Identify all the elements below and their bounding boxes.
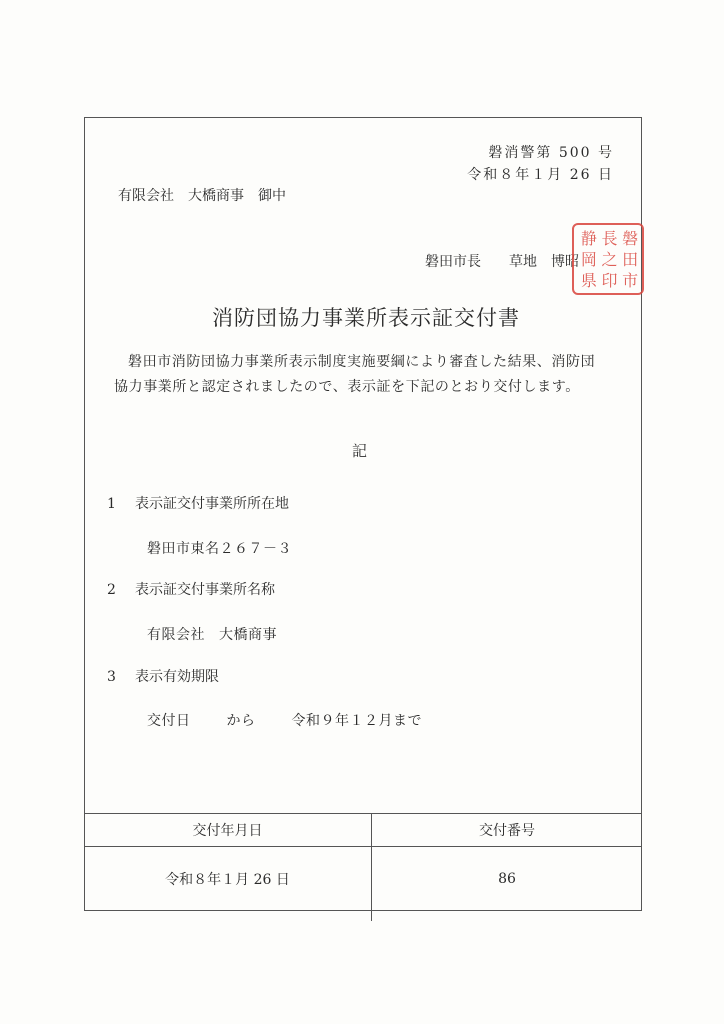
- seal-char: 岡: [577, 249, 598, 270]
- item-1-heading: 1表示証交付事業所所在地: [107, 493, 289, 513]
- item-label: 表示有効期限: [135, 669, 219, 685]
- issuer: 磐田市長草地博昭: [425, 251, 579, 271]
- cell-issue-date: 令和８年１月 26 日: [84, 847, 372, 922]
- header-issue-number: 交付番号: [372, 814, 643, 847]
- seal-char: 印: [598, 269, 619, 290]
- item-label: 表示証交付事業所所在地: [135, 496, 289, 512]
- table-header-row: 交付年月日 交付番号: [84, 814, 642, 847]
- issuer-title: 磐田市長: [425, 254, 481, 270]
- company-type: 有限会社: [147, 627, 205, 643]
- issuer-surname: 草地: [509, 254, 537, 270]
- addressee-company-name: 大橋商事: [188, 188, 244, 204]
- seal-char: 県: [577, 269, 598, 290]
- item-2-value: 有限会社大橋商事: [147, 624, 277, 644]
- document-title: 消防団協力事業所表示証交付書: [0, 302, 724, 332]
- official-seal-icon: 磐 田 市 長 之 印 静 岡 県: [572, 223, 644, 295]
- seal-char: 磐: [618, 228, 639, 249]
- item-number: 1: [107, 496, 135, 512]
- body-paragraph: 磐田市消防団協力事業所表示制度実施要綱により審査した結果、消防団 協力事業所と認…: [114, 350, 614, 400]
- seal-char: 之: [598, 249, 619, 270]
- seal-char: 田: [618, 249, 639, 270]
- addressee: 有限会社大橋商事御中: [118, 185, 300, 205]
- issue-info-table: 交付年月日 交付番号 令和８年１月 26 日 86: [84, 813, 642, 921]
- validity-end: 令和９年１２月まで: [292, 713, 423, 729]
- item-2-heading: 2表示証交付事業所名称: [107, 579, 275, 599]
- item-number: 2: [107, 582, 135, 598]
- validity-from: から: [227, 713, 256, 729]
- item-3-value: 交付日から令和９年１２月まで: [147, 710, 422, 730]
- validity-start: 交付日: [147, 713, 191, 729]
- document-date: 令和８年１月 26 日: [467, 164, 614, 184]
- ki-heading: 記: [352, 440, 367, 461]
- document-number: 磐消警第 500 号: [488, 142, 614, 162]
- item-1-value: 磐田市東名２６７－３: [147, 538, 292, 558]
- document-border: [84, 117, 642, 911]
- item-3-heading: 3表示有効期限: [107, 666, 219, 686]
- seal-char: 長: [598, 228, 619, 249]
- addressee-company-type: 有限会社: [118, 188, 174, 204]
- company-name: 大橋商事: [219, 627, 277, 643]
- item-number: 3: [107, 669, 135, 685]
- addressee-honorific: 御中: [258, 188, 286, 204]
- cell-issue-number: 86: [372, 847, 643, 922]
- header-issue-date: 交付年月日: [84, 814, 372, 847]
- seal-char: 静: [577, 228, 598, 249]
- body-line-1: 磐田市消防団協力事業所表示制度実施要綱により審査した結果、消防団: [114, 350, 614, 375]
- table-row: 令和８年１月 26 日 86: [84, 847, 642, 922]
- item-label: 表示証交付事業所名称: [135, 582, 275, 598]
- seal-char: 市: [618, 269, 639, 290]
- body-line-2: 協力事業所と認定されましたので、表示証を下記のとおり交付します。: [114, 375, 614, 400]
